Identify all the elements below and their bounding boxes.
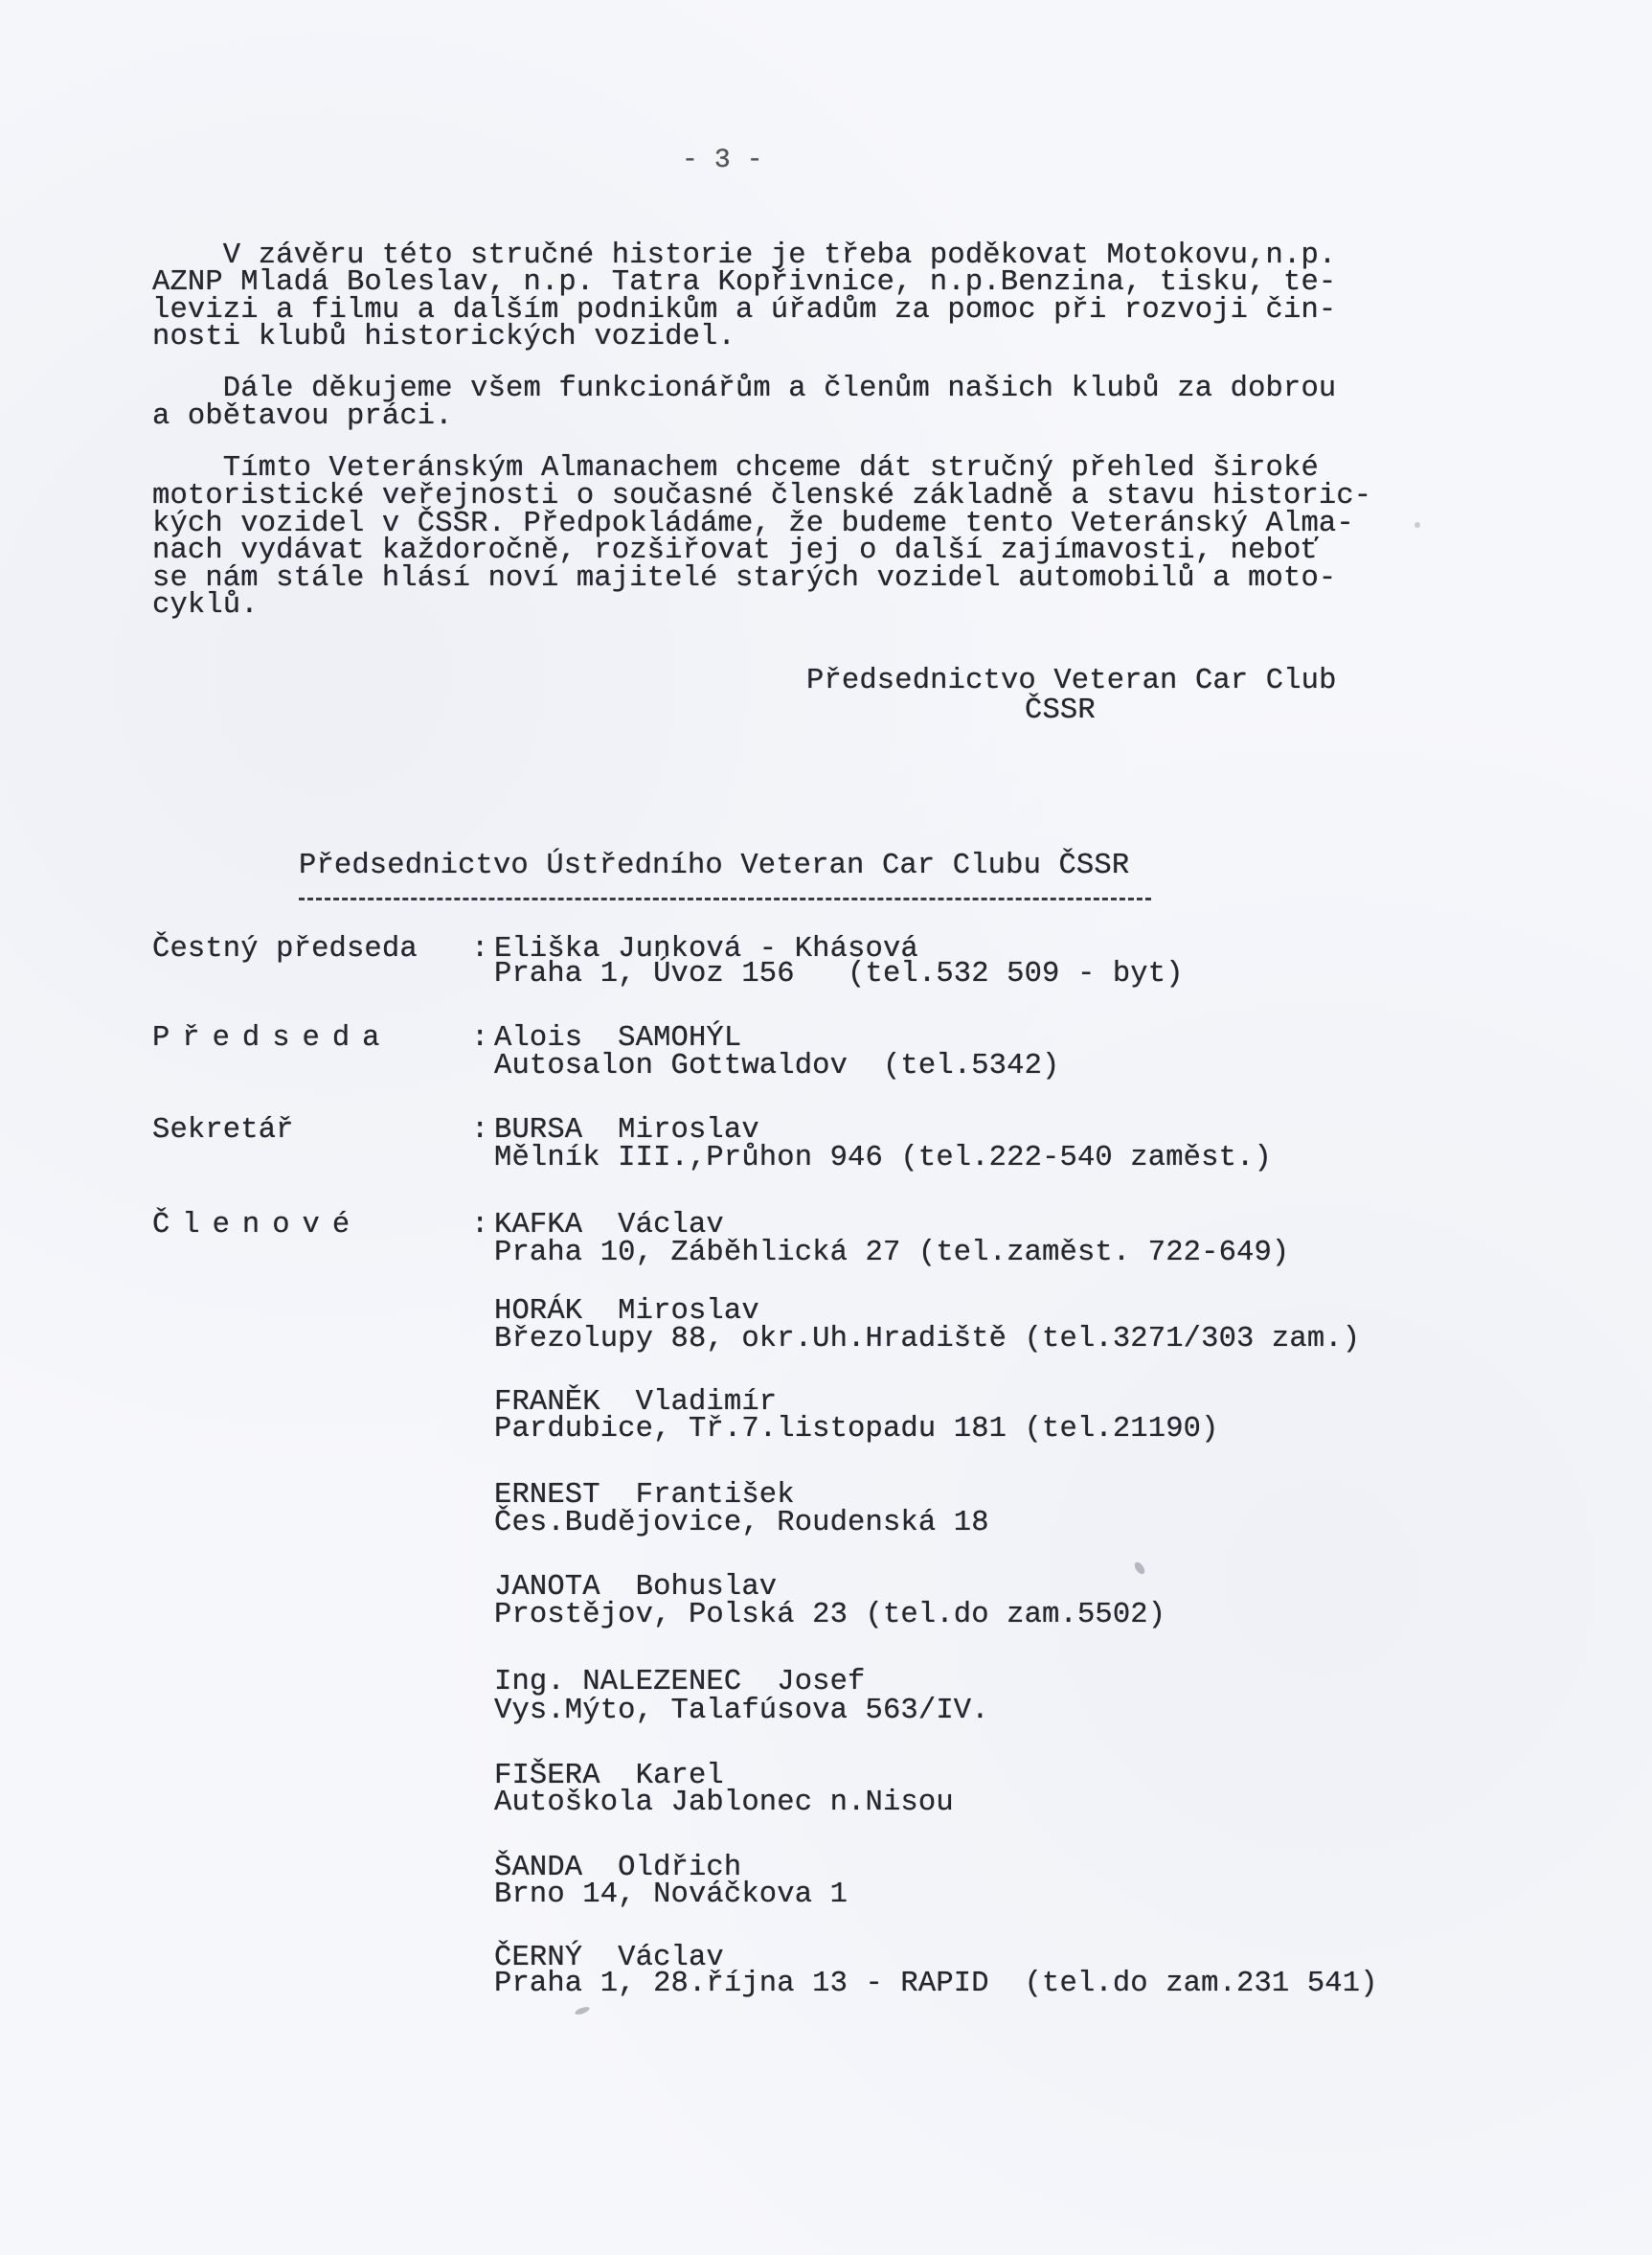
member-name: BURSA Miroslav — [494, 1116, 759, 1146]
role-label-members: Členové — [152, 1211, 362, 1241]
member-address: Brno 14, Nováčkova 1 — [494, 1880, 848, 1910]
member-address: Autoškola Jablonec n.Nisou — [494, 1788, 954, 1818]
member-name: Alois SAMOHÝL — [494, 1024, 741, 1054]
text-line: a obětavou práci. — [152, 402, 453, 432]
page-number: - 3 - — [682, 148, 763, 174]
board-heading: Předsednictvo Ústředního Veteran Car Clu… — [299, 852, 1129, 881]
member-address: Březolupy 88, okr.Uh.Hradiště (tel.3271/… — [494, 1325, 1360, 1355]
ink-speck — [1414, 522, 1420, 528]
signature-line-1: Předsednictvo Veteran Car Club — [806, 667, 1337, 696]
role-label-honorary-chair: Čestný předseda — [152, 935, 418, 965]
text-line: cyklů. — [152, 591, 259, 621]
member-address: Praha 10, Záběhlická 27 (tel.zaměst. 722… — [494, 1239, 1289, 1268]
member-address: Praha 1, 28.října 13 - RAPID (tel.do zam… — [494, 1970, 1378, 1999]
text-line: motoristické veřejnosti o současné člens… — [152, 482, 1371, 512]
member-address: Pardubice, Tř.7.listopadu 181 (tel.21190… — [494, 1415, 1219, 1445]
signature-line-2: ČSSR — [1025, 696, 1096, 726]
member-address: Vys.Mýto, Talafúsova 563/IV. — [494, 1697, 989, 1726]
role-label-chair: Předseda — [152, 1024, 392, 1054]
text-line: nach vydávat každoročně, rozšiřovat jej … — [152, 536, 1319, 566]
text-line: Dále děkujeme všem funkcionářům a členům… — [152, 375, 1336, 404]
text-line: AZNP Mladá Boleslav, n.p. Tatra Kopřivni… — [152, 268, 1336, 298]
member-name: JANOTA Bohuslav — [494, 1573, 777, 1603]
member-address: Čes.Budějovice, Roudenská 18 — [494, 1509, 989, 1538]
member-address: Praha 1, Úvoz 156 (tel.532 509 - byt) — [494, 960, 1184, 990]
text-line: se nám stále hlásí noví majitelé starých… — [152, 564, 1336, 594]
text-line: Tímto Veteránským Almanachem chceme dát … — [152, 454, 1319, 484]
text-line: nosti klubů historických vozidel. — [152, 323, 735, 353]
member-address: Mělník III.,Průhon 946 (tel.222-540 zamě… — [494, 1144, 1272, 1173]
member-name: KAFKA Václav — [494, 1211, 724, 1241]
role-separator: : — [471, 935, 488, 965]
role-separator: : — [471, 1116, 488, 1146]
role-separator: : — [471, 1024, 488, 1054]
member-address: Prostějov, Polská 23 (tel.do zam.5502) — [494, 1601, 1165, 1630]
member-name: Ing. NALEZENEC Josef — [494, 1668, 866, 1697]
member-name: HORÁK Miroslav — [494, 1297, 759, 1327]
member-address: Autosalon Gottwaldov (tel.5342) — [494, 1052, 1060, 1082]
role-label-secretary: Sekretář — [152, 1116, 294, 1146]
role-separator: : — [471, 1211, 488, 1241]
heading-underline — [299, 898, 1151, 900]
member-name: ERNEST František — [494, 1481, 795, 1511]
